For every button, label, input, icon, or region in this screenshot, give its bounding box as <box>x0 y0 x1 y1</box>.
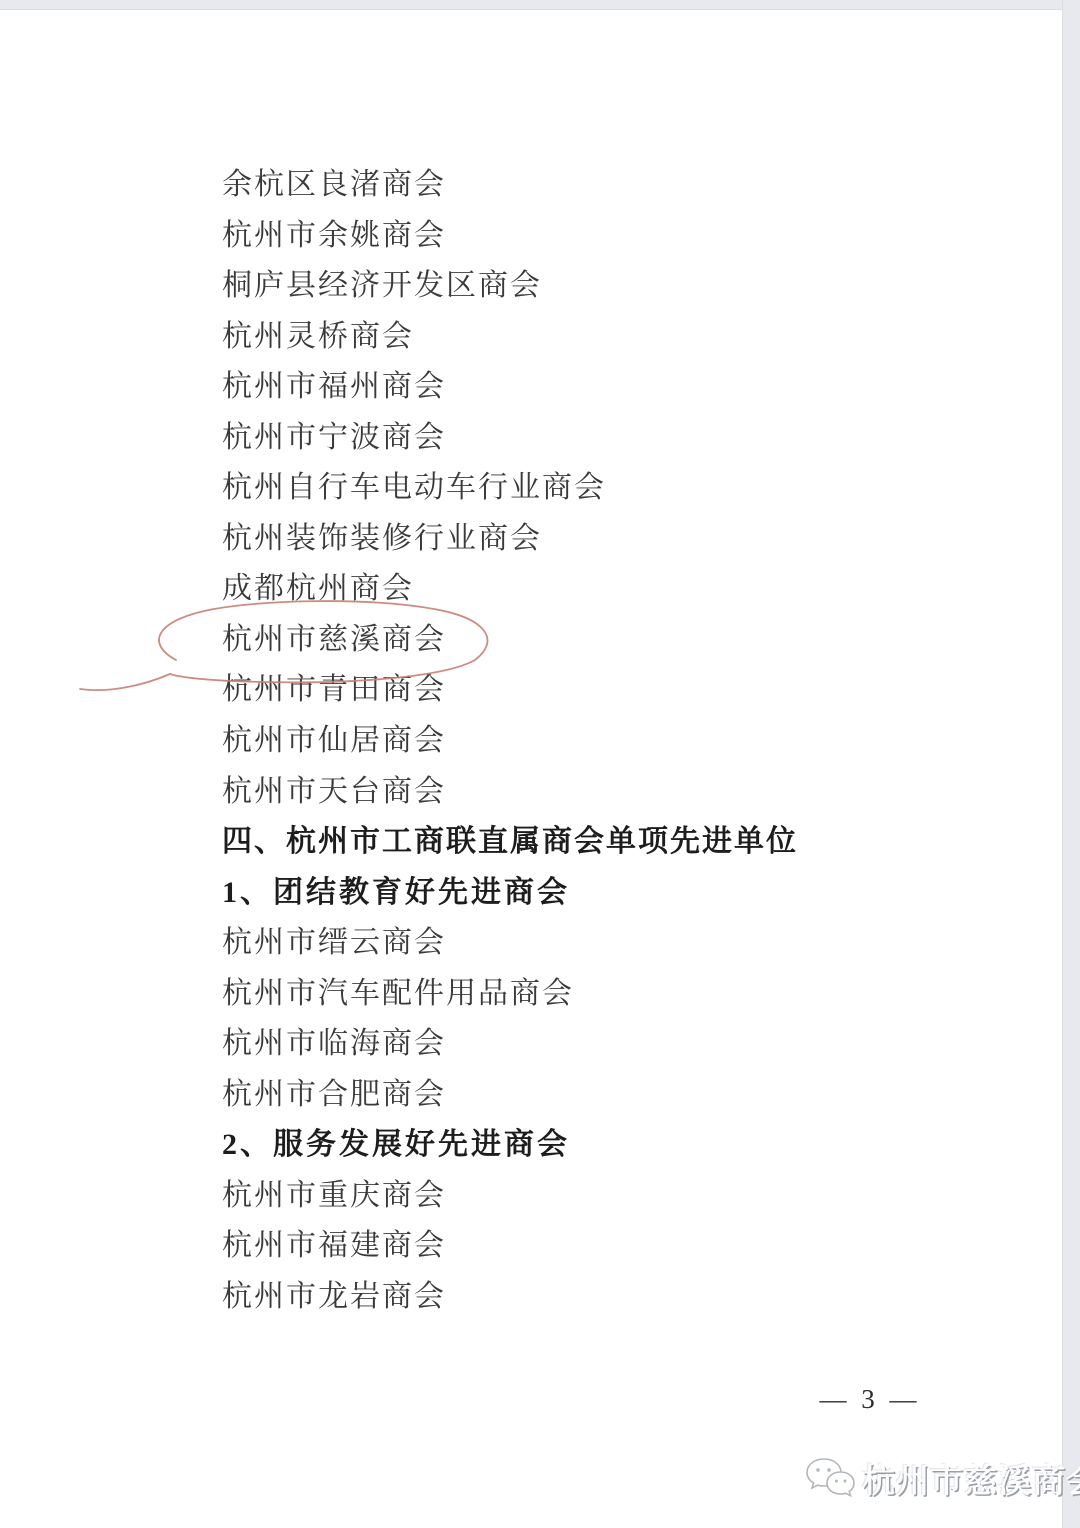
list-item: 杭州市汽车配件用品商会 <box>0 969 1063 1020</box>
list-item: 杭州市合肥商会 <box>0 1070 1063 1121</box>
list-item: 杭州市青田商会 <box>0 665 1063 716</box>
list-item: 杭州自行车电动车行业商会 <box>0 463 1063 514</box>
page-edge-top <box>0 0 1080 10</box>
document-lines: 余杭区良渚商会杭州市余姚商会桐庐县经济开发区商会杭州灵桥商会杭州市福州商会杭州市… <box>0 160 1063 1323</box>
list-item: 杭州市仙居商会 <box>0 716 1063 767</box>
list-item: 余杭区良渚商会 <box>0 160 1063 211</box>
list-item: 杭州市福州商会 <box>0 362 1063 413</box>
watermark: 杭州市慈溪商会 <box>804 1455 1080 1502</box>
scanned-document-page: 余杭区良渚商会杭州市余姚商会桐庐县经济开发区商会杭州灵桥商会杭州市福州商会杭州市… <box>0 0 1080 1528</box>
list-item: 成都杭州商会 <box>0 564 1063 615</box>
section-heading: 2、服务发展好先进商会 <box>0 1120 1063 1171</box>
list-item: 杭州灵桥商会 <box>0 312 1063 363</box>
section-heading: 四、杭州市工商联直属商会单项先进单位 <box>0 817 1063 868</box>
page-number: — 3 — <box>815 1384 925 1415</box>
list-item: 杭州市慈溪商会 <box>0 615 1063 666</box>
list-item: 杭州市缙云商会 <box>0 918 1063 969</box>
section-heading: 1、团结教育好先进商会 <box>0 868 1063 919</box>
wechat-icon <box>804 1456 856 1502</box>
watermark-text: 杭州市慈溪商会 <box>862 1455 1080 1502</box>
list-item: 杭州市重庆商会 <box>0 1171 1063 1222</box>
page-edge-right <box>1062 0 1080 1528</box>
list-item: 杭州市天台商会 <box>0 767 1063 818</box>
list-item: 杭州市余姚商会 <box>0 211 1063 262</box>
list-item: 杭州市龙岩商会 <box>0 1272 1063 1323</box>
list-item: 杭州市临海商会 <box>0 1019 1063 1070</box>
list-item: 杭州市福建商会 <box>0 1221 1063 1272</box>
list-item: 杭州市宁波商会 <box>0 413 1063 464</box>
list-item: 桐庐县经济开发区商会 <box>0 261 1063 312</box>
list-item: 杭州装饰装修行业商会 <box>0 514 1063 565</box>
